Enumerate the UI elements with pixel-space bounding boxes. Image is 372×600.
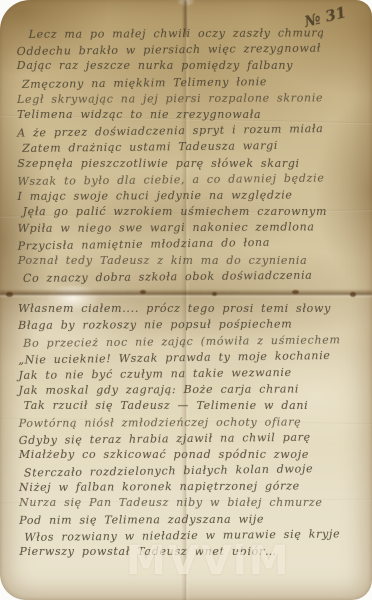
manuscript-line: I mając swoje chuci jedynie na względzie — [9, 187, 371, 205]
manuscript-line: Własnem ciałem.... prócz tego prosi temi… — [10, 301, 372, 317]
manuscript-line: Nurza się Pan Tadeusz niby w białej chmu… — [11, 495, 372, 511]
scan-background: № 31 Lecz ma po małej chwili oczy zaszły… — [0, 0, 372, 600]
manuscript-line: Jak moskal gdy zagrają: Boże carja chran… — [10, 381, 372, 399]
manuscript-line: Szepnęła pieszczotliwie parę słówek skar… — [9, 156, 371, 172]
manuscript-text: Lecz ma po małej chwili oczy zaszły chmu… — [9, 25, 372, 561]
manuscript-line: Jęła go palić wzrokiem uśmiechem czarown… — [10, 204, 372, 220]
manuscript-line: ——————————————————— — [10, 284, 372, 302]
manuscript-line: Tak rzucił się Tadeusz — Telimenie w dan… — [11, 398, 372, 414]
paper: № 31 Lecz ma po małej chwili oczy zaszły… — [0, 0, 372, 600]
manuscript-line: Zatem drażniąc ustami Tadeusza wargi — [9, 137, 371, 157]
manuscript-line: Gdyby się teraz hrabia zjawił na chwil p… — [11, 429, 372, 449]
manuscript-line: Zmęczony na miękkim Telimeny łonie — [9, 73, 371, 93]
archive-watermark: MVViM — [126, 538, 291, 584]
manuscript-line: Poznał tedy Tadeusz z kim ma do czynieni… — [10, 253, 372, 269]
manuscript-line: Dając raz jeszcze nurka pomiędzy falbany — [9, 58, 371, 74]
